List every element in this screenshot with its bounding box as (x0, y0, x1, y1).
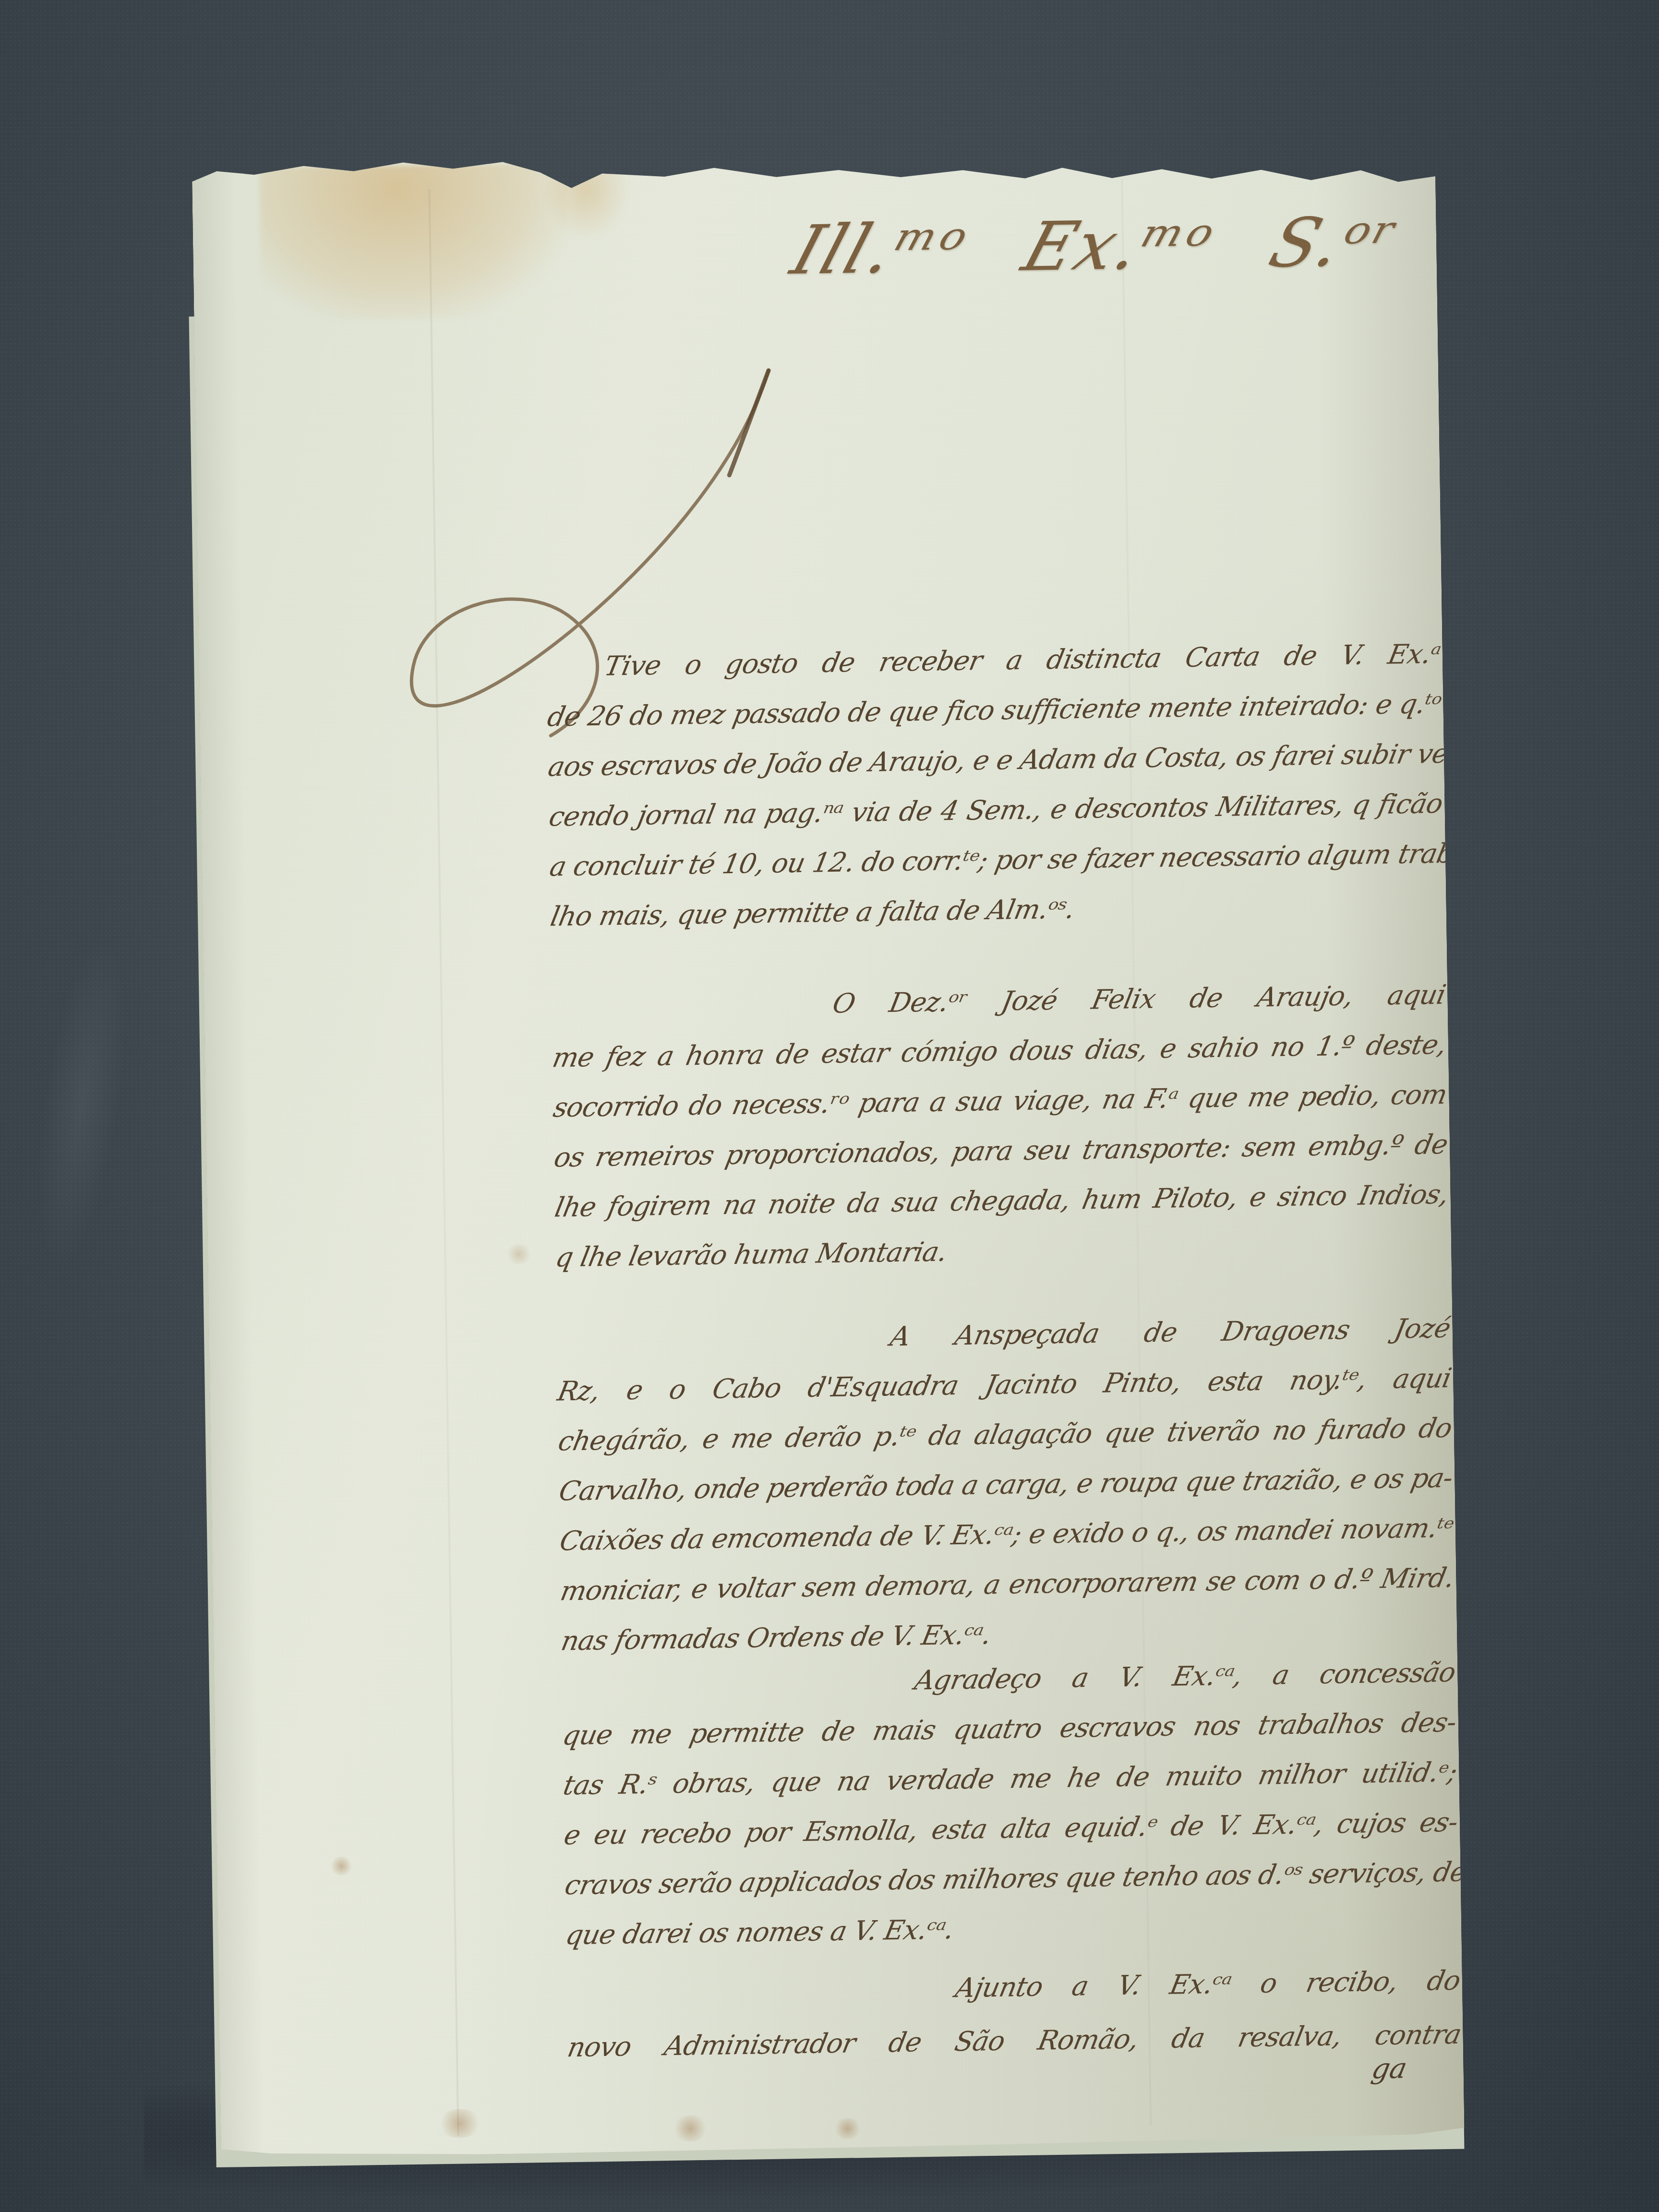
paragraph-2: O Dez.ᵒʳ Jozé Felix de Araujo, aqui me f… (549, 970, 1446, 1283)
manuscript-page: Ill.ᵐᵒ Ex.ᵐᵒ S.ᵒʳ Tive o gosto de recebe… (192, 131, 1465, 2158)
salutation: Ill.ᵐᵒ Ex.ᵐᵒ S.ᵒʳ (777, 184, 1413, 309)
paragraph-3: A Anspeçada de Dragoens Jozé Rz, e o Cab… (553, 1304, 1452, 1667)
paragraph-5: Ajunto a V. Ex.ᶜᵃ o recibo, do novo Admi… (563, 1954, 1457, 2075)
foxing-spot (437, 2109, 483, 2138)
foxing-spot (505, 1244, 532, 1264)
paper-stain (259, 163, 569, 321)
catchword: ga (1369, 2052, 1410, 2085)
foxing-spot (833, 2117, 862, 2140)
backdrop-scuff-mark (20, 932, 143, 1275)
paper-stain-small (542, 167, 630, 240)
photo-backdrop: Ill.ᵐᵒ Ex.ᵐᵒ S.ᵒʳ Tive o gosto de recebe… (0, 0, 1659, 2212)
foxing-spot (672, 2115, 709, 2142)
paragraph-1: Tive o gosto de receber a distincta Cart… (543, 629, 1441, 942)
paragraph-4: Agradeço a V. Ex.ᶜᵃ, a concessão que me … (559, 1648, 1456, 1961)
foxing-spot (330, 1856, 353, 1876)
